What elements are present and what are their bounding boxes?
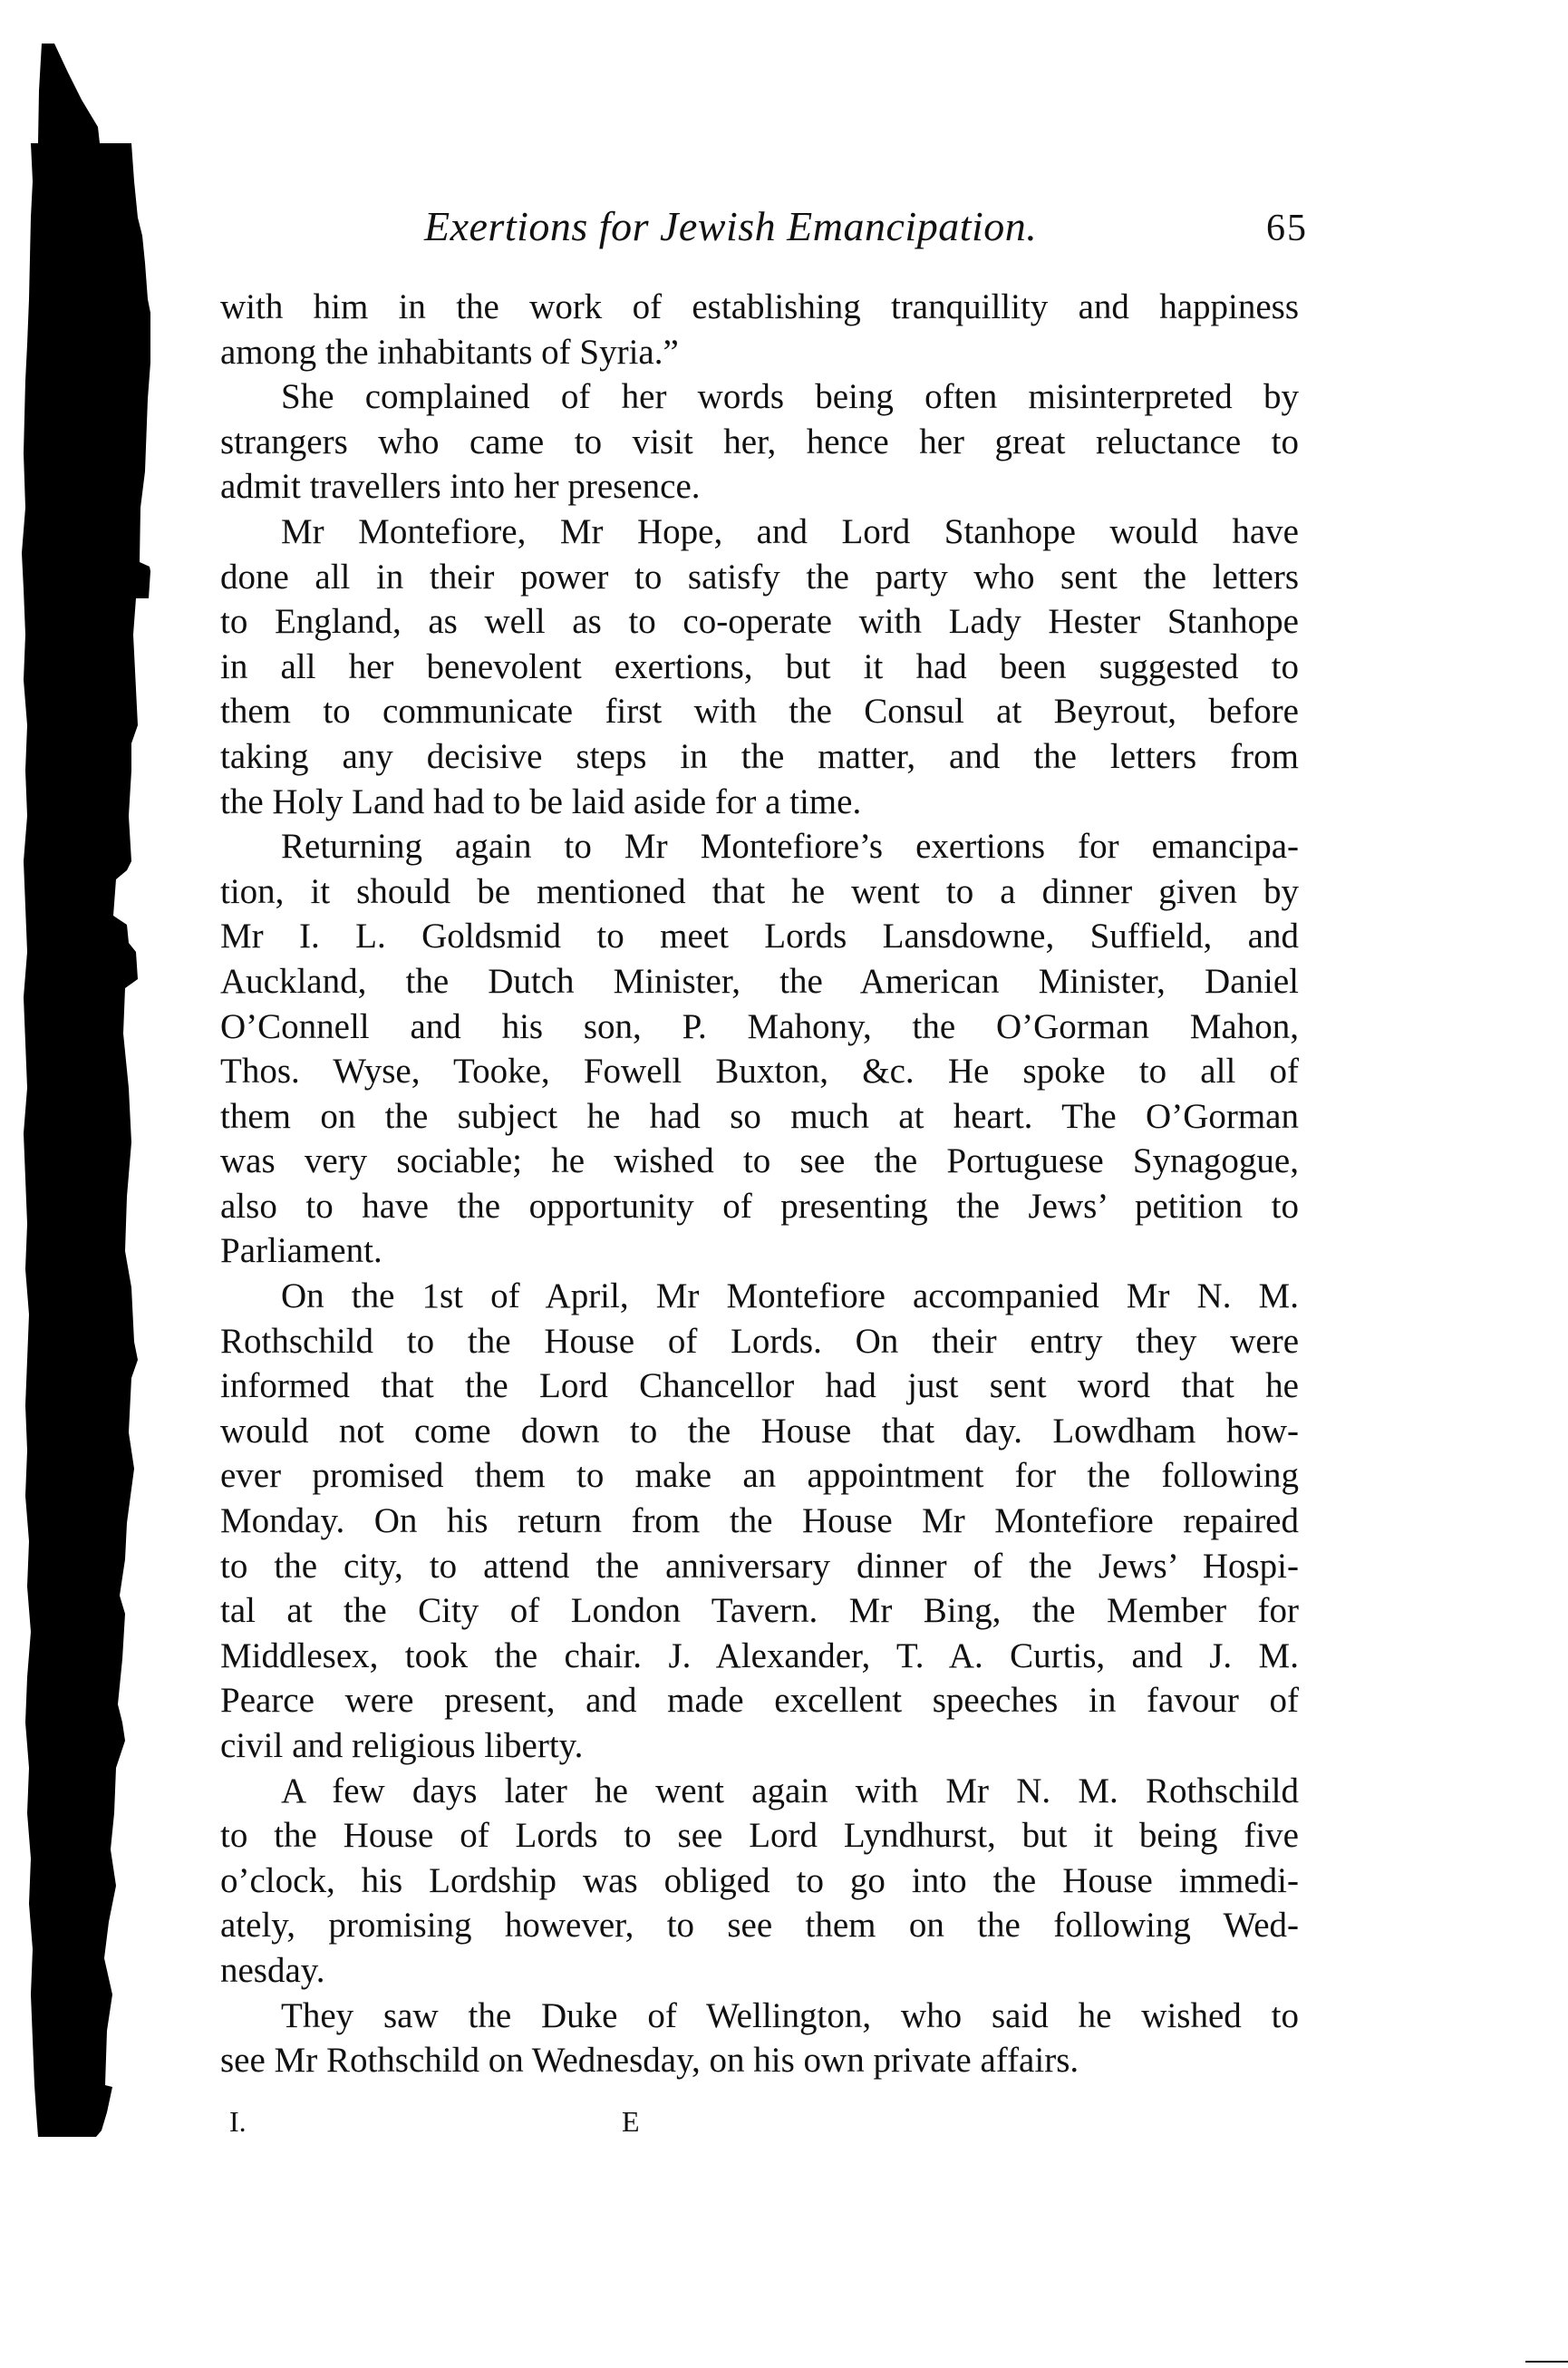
line-text: Parliament.: [220, 1228, 1299, 1274]
line-text: nesday.: [220, 1948, 1299, 1994]
text-line: Auckland, the Dutch Minister, the Americ…: [220, 959, 1299, 1004]
line-text: to the House of Lords to see Lord Lyndhu…: [220, 1813, 1299, 1858]
text-line: Mr I. L. Goldsmid to meet Lords Lansdown…: [220, 914, 1299, 959]
text-line: done all in their power to satisfy the p…: [220, 555, 1299, 600]
volume-mark: I.: [229, 2101, 247, 2141]
line-text: in all her benevolent exertions, but it …: [220, 645, 1299, 690]
signature-mark: E: [622, 2101, 640, 2141]
line-text: ever promised them to make an appointmen…: [220, 1453, 1299, 1499]
line-text: strangers who came to visit her, hence h…: [220, 420, 1299, 465]
line-text: On the 1st of April, Mr Montefiore accom…: [281, 1274, 1299, 1319]
text-line: O’Connell and his son, P. Mahony, the O’…: [220, 1004, 1299, 1050]
paragraph-first-line: A few days later he went again with Mr N…: [220, 1769, 1299, 1814]
text-line: Monday. On his return from the House Mr …: [220, 1499, 1299, 1544]
line-text: with him in the work of establishing tra…: [220, 285, 1299, 330]
text-line: with him in the work of establishing tra…: [220, 285, 1299, 330]
text-line: o’clock, his Lordship was obliged to go …: [220, 1858, 1299, 1904]
line-text: to the city, to attend the anniversary d…: [220, 1544, 1299, 1589]
text-line: tal at the City of London Tavern. Mr Bin…: [220, 1588, 1299, 1634]
text-line: them on the subject he had so much at he…: [220, 1094, 1299, 1140]
line-text: Mr I. L. Goldsmid to meet Lords Lansdown…: [220, 914, 1299, 959]
text-line: nesday.: [220, 1948, 1299, 1994]
paragraph-first-line: Returning again to Mr Montefiore’s exert…: [220, 824, 1299, 869]
line-text: would not come down to the House that da…: [220, 1409, 1299, 1454]
line-text: They saw the Duke of Wellington, who sai…: [281, 1994, 1299, 2039]
text-line: to the House of Lords to see Lord Lyndhu…: [220, 1813, 1299, 1858]
paragraph-first-line: Mr Montefiore, Mr Hope, and Lord Stanhop…: [220, 510, 1299, 555]
binding-edge-shape: [22, 44, 150, 2137]
line-text: Pearce were present, and made excellent …: [220, 1678, 1299, 1723]
text-line: see Mr Rothschild on Wednesday, on his o…: [220, 2038, 1299, 2083]
text-line: among the inhabitants of Syria.”: [220, 330, 1299, 375]
line-text: done all in their power to satisfy the p…: [220, 555, 1299, 600]
line-text: the Holy Land had to be laid aside for a…: [220, 780, 1299, 825]
line-text: A few days later he went again with Mr N…: [281, 1769, 1299, 1814]
paragraph-first-line: She complained of her words being often …: [220, 374, 1299, 420]
text-line: civil and religious liberty.: [220, 1723, 1299, 1769]
line-text: tal at the City of London Tavern. Mr Bin…: [220, 1588, 1299, 1634]
body-text: with him in the work of establishing tra…: [220, 285, 1299, 2083]
line-text: ately, promising however, to see them on…: [220, 1903, 1299, 1948]
text-line: ately, promising however, to see them on…: [220, 1903, 1299, 1948]
text-line: Pearce were present, and made excellent …: [220, 1678, 1299, 1723]
line-text: them to communicate first with the Consu…: [220, 689, 1299, 734]
text-line: was very sociable; he wished to see the …: [220, 1139, 1299, 1184]
text-line: to the city, to attend the anniversary d…: [220, 1544, 1299, 1589]
text-line: to England, as well as to co-operate wit…: [220, 599, 1299, 645]
text-line: them to communicate first with the Consu…: [220, 689, 1299, 734]
line-text: among the inhabitants of Syria.”: [220, 330, 1299, 375]
line-text: also to have the opportunity of presenti…: [220, 1184, 1299, 1229]
line-text: O’Connell and his son, P. Mahony, the O’…: [220, 1004, 1299, 1050]
text-line: Parliament.: [220, 1228, 1299, 1274]
line-text: Mr Montefiore, Mr Hope, and Lord Stanhop…: [281, 510, 1299, 555]
text-line: informed that the Lord Chancellor had ju…: [220, 1364, 1299, 1409]
line-text: Middlesex, took the chair. J. Alexander,…: [220, 1634, 1299, 1679]
text-line: Rothschild to the House of Lords. On the…: [220, 1319, 1299, 1364]
text-line: would not come down to the House that da…: [220, 1409, 1299, 1454]
line-text: civil and religious liberty.: [220, 1723, 1299, 1769]
line-text: admit travellers into her presence.: [220, 464, 1299, 510]
line-text: o’clock, his Lordship was obliged to go …: [220, 1858, 1299, 1904]
text-line: taking any decisive steps in the matter,…: [220, 734, 1299, 780]
line-text: Thos. Wyse, Tooke, Fowell Buxton, &c. He…: [220, 1049, 1299, 1094]
scan-binding-edge: [0, 0, 181, 2176]
text-line: strangers who came to visit her, hence h…: [220, 420, 1299, 465]
text-line: the Holy Land had to be laid aside for a…: [220, 780, 1299, 825]
line-text: see Mr Rothschild on Wednesday, on his o…: [220, 2038, 1299, 2083]
line-text: Auckland, the Dutch Minister, the Americ…: [220, 959, 1299, 1004]
line-text: taking any decisive steps in the matter,…: [220, 734, 1299, 780]
paragraph-first-line: They saw the Duke of Wellington, who sai…: [220, 1994, 1299, 2039]
line-text: to England, as well as to co-operate wit…: [220, 599, 1299, 645]
line-text: tion, it should be mentioned that he wen…: [220, 869, 1299, 915]
text-line: ever promised them to make an appointmen…: [220, 1453, 1299, 1499]
line-text: Monday. On his return from the House Mr …: [220, 1499, 1299, 1544]
running-title: Exertions for Jewish Emancipation.: [424, 201, 1037, 252]
paragraph-first-line: On the 1st of April, Mr Montefiore accom…: [220, 1274, 1299, 1319]
line-text: Rothschild to the House of Lords. On the…: [220, 1319, 1299, 1364]
line-text: was very sociable; he wished to see the …: [220, 1139, 1299, 1184]
text-line: in all her benevolent exertions, but it …: [220, 645, 1299, 690]
page-footer: I. E: [220, 2101, 1299, 2141]
line-text: informed that the Lord Chancellor had ju…: [220, 1364, 1299, 1409]
line-text: Returning again to Mr Montefiore’s exert…: [281, 824, 1299, 869]
text-line: Thos. Wyse, Tooke, Fowell Buxton, &c. He…: [220, 1049, 1299, 1094]
scan-corner-mark: [1525, 2361, 1568, 2363]
text-line: Middlesex, took the chair. J. Alexander,…: [220, 1634, 1299, 1679]
text-line: also to have the opportunity of presenti…: [220, 1184, 1299, 1229]
text-line: admit travellers into her presence.: [220, 464, 1299, 510]
text-line: tion, it should be mentioned that he wen…: [220, 869, 1299, 915]
running-head: Exertions for Jewish Emancipation. 65: [220, 201, 1308, 252]
line-text: She complained of her words being often …: [281, 374, 1299, 420]
line-text: them on the subject he had so much at he…: [220, 1094, 1299, 1140]
page-number: 65: [1266, 203, 1308, 254]
